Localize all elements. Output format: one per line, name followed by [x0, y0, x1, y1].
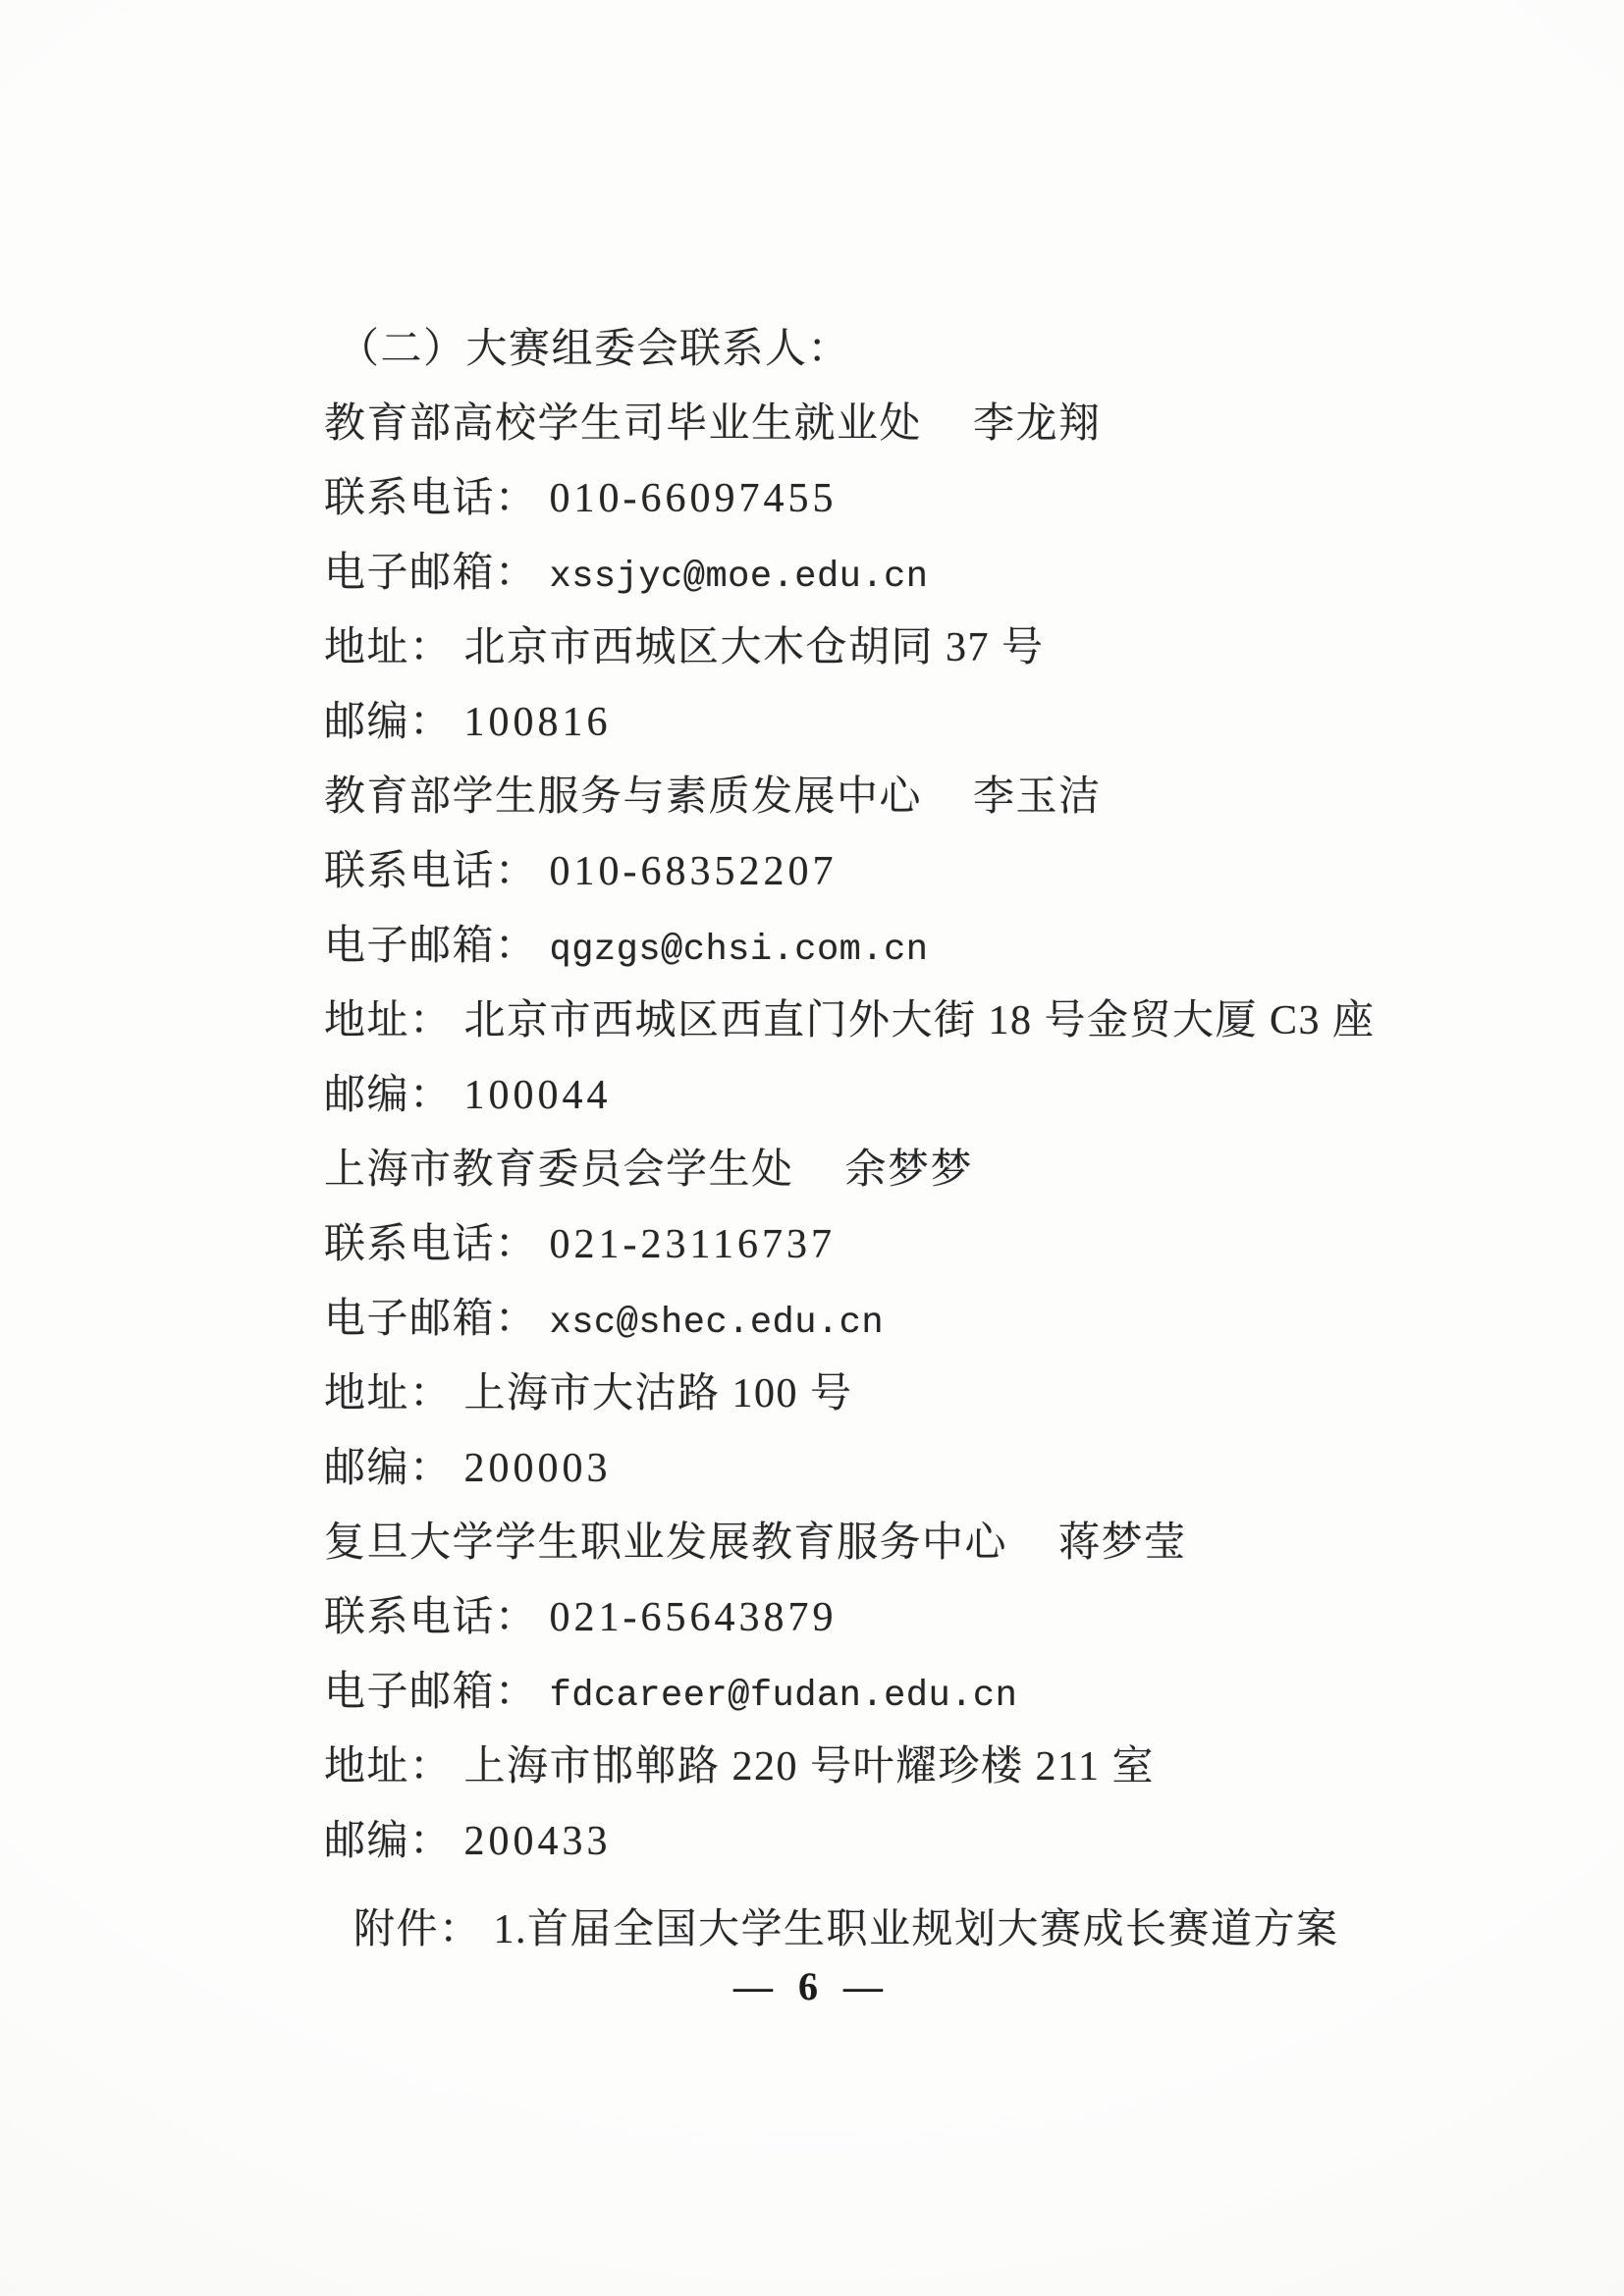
zip-label: 邮编： — [324, 1073, 453, 1118]
contact-email-line: 电子邮箱：xsc@shec.edu.cn — [324, 1282, 1365, 1357]
contact-org-line: 上海市教育委员会学生处余梦梦 — [324, 1133, 1365, 1207]
zip-value: 200433 — [464, 1819, 612, 1864]
contact-org: 教育部高校学生司毕业生就业处 — [324, 401, 922, 447]
contact-address-line: 地址：上海市邯郸路 220 号叶耀珍楼 211 室 — [324, 1730, 1365, 1804]
scanned-document-page: （二）大赛组委会联系人： 教育部高校学生司毕业生就业处李龙翔 联系电话：010-… — [0, 0, 1624, 2296]
email-value: fdcareer@fudan.edu.cn — [550, 1676, 1018, 1717]
phone-label: 联系电话： — [324, 849, 538, 894]
contact-phone-line: 联系电话：010-68352207 — [324, 834, 1365, 909]
address-value: 上海市邯郸路 220 号叶耀珍楼 211 室 — [464, 1744, 1155, 1789]
zip-value: 200003 — [464, 1446, 612, 1491]
contact-org-line: 教育部学生服务与素质发展中心李玉洁 — [324, 760, 1365, 834]
contact-zip-line: 邮编：200003 — [324, 1431, 1365, 1506]
email-value: xssjyc@moe.edu.cn — [550, 557, 929, 598]
address-label: 地址： — [324, 1371, 453, 1416]
contact-org-line: 复旦大学学生职业发展教育服务中心蒋梦莹 — [324, 1506, 1365, 1580]
attachment-label: 附件： — [353, 1907, 482, 1952]
phone-value: 021-65643879 — [550, 1595, 838, 1640]
contact-zip-line: 邮编：200433 — [324, 1804, 1365, 1879]
address-value: 上海市大沽路 100 号 — [464, 1371, 853, 1416]
contact-address-line: 地址：北京市西城区西直门外大街 18 号金贸大厦 C3 座 — [324, 984, 1365, 1058]
contact-org: 上海市教育委员会学生处 — [324, 1148, 794, 1193]
address-label: 地址： — [324, 625, 453, 670]
address-label: 地址： — [324, 1744, 453, 1789]
email-label: 电子邮箱： — [324, 924, 538, 969]
phone-value: 021-23116737 — [550, 1222, 836, 1267]
address-label: 地址： — [324, 998, 453, 1043]
contact-email-line: 电子邮箱：fdcareer@fudan.edu.cn — [324, 1655, 1365, 1730]
address-value: 北京市西城区大木仓胡同 37 号 — [464, 625, 1045, 670]
page-number: — 6 — — [0, 1963, 1624, 2009]
zip-value: 100816 — [464, 700, 612, 745]
phone-label: 联系电话： — [324, 476, 538, 521]
attachment-text: 1.首届全国大学生职业规划大赛成长赛道方案 — [494, 1907, 1339, 1952]
contact-address-line: 地址：上海市大沽路 100 号 — [324, 1357, 1365, 1431]
zip-label: 邮编： — [324, 1819, 453, 1864]
phone-label: 联系电话： — [324, 1222, 538, 1267]
phone-value: 010-68352207 — [550, 849, 838, 894]
zip-label: 邮编： — [324, 700, 453, 745]
contact-person: 蒋梦莹 — [1058, 1521, 1187, 1566]
contact-email-line: 电子邮箱：xssjyc@moe.edu.cn — [324, 536, 1365, 611]
contact-person: 余梦梦 — [845, 1148, 974, 1193]
contact-email-line: 电子邮箱：qgzgs@chsi.com.cn — [324, 909, 1365, 984]
zip-label: 邮编： — [324, 1446, 453, 1491]
address-value: 北京市西城区西直门外大街 18 号金贸大厦 C3 座 — [464, 998, 1376, 1043]
section-heading: （二）大赛组委会联系人： — [324, 312, 1365, 387]
email-label: 电子邮箱： — [324, 1297, 538, 1342]
contact-org-line: 教育部高校学生司毕业生就业处李龙翔 — [324, 387, 1365, 461]
contact-phone-line: 联系电话：021-65643879 — [324, 1580, 1365, 1655]
email-label: 电子邮箱： — [324, 1670, 538, 1715]
phone-label: 联系电话： — [324, 1595, 538, 1640]
contact-person: 李龙翔 — [973, 401, 1102, 447]
contact-phone-line: 联系电话：010-66097455 — [324, 461, 1365, 536]
contact-address-line: 地址：北京市西城区大木仓胡同 37 号 — [324, 611, 1365, 685]
phone-value: 010-66097455 — [550, 476, 838, 521]
zip-value: 100044 — [464, 1073, 612, 1118]
document-body: （二）大赛组委会联系人： 教育部高校学生司毕业生就业处李龙翔 联系电话：010-… — [324, 312, 1365, 1967]
email-value: qgzgs@chsi.com.cn — [550, 930, 929, 971]
email-value: xsc@shec.edu.cn — [550, 1303, 885, 1344]
attachment-line: 附件：1.首届全国大学生职业规划大赛成长赛道方案 — [324, 1893, 1365, 1967]
contact-person: 李玉洁 — [973, 774, 1102, 820]
contact-zip-line: 邮编：100044 — [324, 1058, 1365, 1133]
contact-org: 复旦大学学生职业发展教育服务中心 — [324, 1521, 1007, 1566]
email-label: 电子邮箱： — [324, 551, 538, 596]
contact-phone-line: 联系电话：021-23116737 — [324, 1207, 1365, 1282]
contact-zip-line: 邮编：100816 — [324, 685, 1365, 760]
contact-org: 教育部学生服务与素质发展中心 — [324, 774, 922, 820]
